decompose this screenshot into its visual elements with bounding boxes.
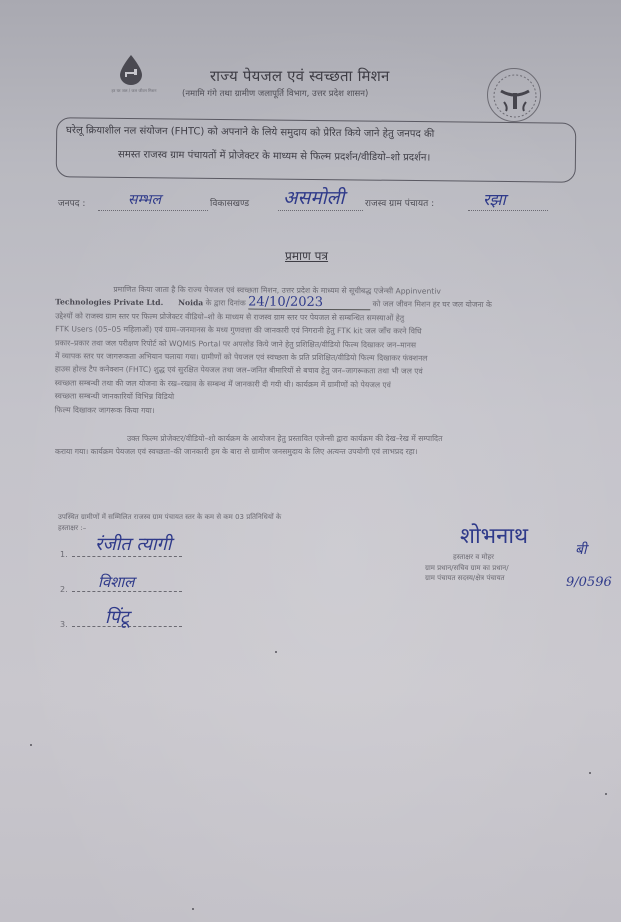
paper-speck (30, 744, 32, 746)
vikaskhand-value[interactable]: असमोली (283, 184, 344, 210)
agency-name: Technologies Private Ltd. (55, 298, 163, 308)
official-sign-block: हस्ताक्षर व मोहर ग्राम प्रधान/सचिव ग्राम… (425, 552, 509, 584)
gram-panchayat-label: राजस्व ग्राम पंचायत : (365, 196, 434, 209)
vikaskhand-line (278, 210, 363, 211)
gram-panchayat-value[interactable]: रझा (483, 188, 506, 210)
mission-subtitle: (नमामि गंगे तथा ग्रामीण जलापूर्ति विभाग,… (182, 88, 368, 99)
agency-city: Noida (178, 299, 203, 308)
signatories-intro-line-1: उपस्थित ग्रामीणों में सम्मिलित राजस्व ग्… (58, 512, 358, 523)
closing-line-1: उक्त फिल्म प्रोजेक्टर/वीडियो–शो कार्यक्र… (55, 432, 595, 445)
location-fields: जनपद : सम्भल विकासखण्ड असमोली राजस्व ग्र… (58, 190, 578, 220)
signatories-intro: उपस्थित ग्रामीणों में सम्मिलित राजस्व ग्… (58, 512, 358, 534)
program-date[interactable]: 24/10/2023 (248, 297, 370, 311)
water-drop-tap-icon (118, 55, 144, 85)
paper-speck (192, 908, 194, 910)
para-line-2-end: को जल जीवन मिशन हर घर जल योजना के (373, 300, 492, 310)
signatory-2-signature[interactable]: विशाल (98, 572, 134, 592)
para-line-2-mid: के द्वारा दिनांक (206, 299, 246, 308)
closing-line-2: कराया गया। कार्यक्रम पेयजल एवं स्वच्छता–… (55, 445, 595, 458)
mission-title: राज्य पेयजल एवं स्वच्छता मिशन (210, 66, 390, 86)
paper-speck (275, 651, 277, 653)
official-handwritten-note: 9/0596 (566, 575, 612, 590)
janpad-value[interactable]: सम्भल (128, 190, 161, 209)
uttar-pradesh-emblem (487, 68, 541, 122)
certificate-title: प्रमाण पत्र (285, 247, 328, 264)
certificate-paragraph: प्रमाणित किया जाता है कि राज्य पेयजल एवं… (55, 282, 591, 419)
sign-role-line-2: ग्राम पंचायत सदस्य/क्षेत्र पंचायत (425, 573, 509, 584)
closing-paragraph: उक्त फिल्म प्रोजेक्टर/वीडियो–शो कार्यक्र… (55, 432, 595, 458)
gram-panchayat-line (468, 210, 548, 211)
official-signature[interactable]: शोभनाथ (460, 520, 528, 550)
signatory-number: 1. (60, 550, 68, 559)
vikaskhand-label: विकासखण्ड (210, 196, 249, 209)
signatory-number: 3. (60, 620, 68, 629)
sign-role-line-1: ग्राम प्रधान/सचिव ग्राम का प्रधान/ (425, 563, 509, 574)
signatory-number: 2. (60, 585, 68, 594)
sign-and-seal-label: हस्ताक्षर व मोहर (425, 552, 509, 563)
official-signature-mark: बी (575, 540, 587, 559)
logo-caption: हर घर जल / जल जीवन मिशन (108, 88, 160, 93)
jal-jeevan-mission-logo: हर घर जल / जल जीवन मिशन (108, 55, 160, 107)
janpad-label: जनपद : (58, 196, 85, 209)
uttar-pradesh-emblem-icon (488, 69, 542, 123)
janpad-line (98, 210, 208, 211)
signatory-3-signature[interactable]: पिंटू (105, 605, 129, 629)
paper-speck (589, 772, 591, 774)
signatory-1-signature[interactable]: रंजीत त्यागी (95, 532, 171, 556)
paper-speck (605, 793, 607, 795)
